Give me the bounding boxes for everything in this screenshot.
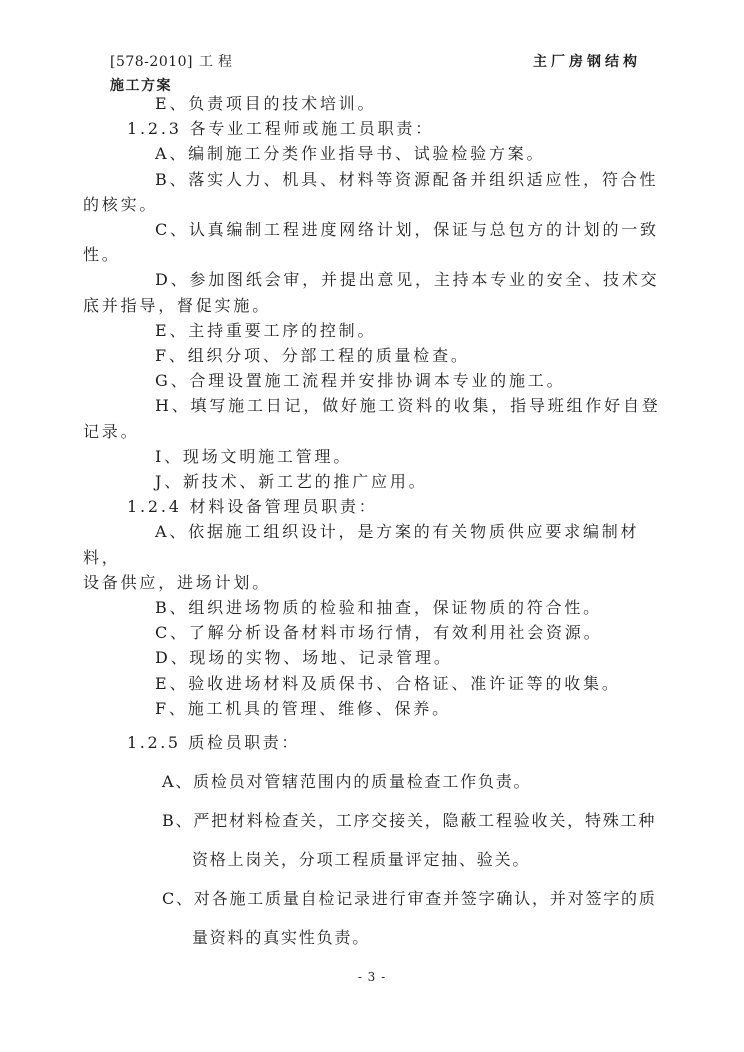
body-paragraph: 1.2.5 质检员职责： bbox=[83, 723, 665, 762]
page-header: [578-2010]工程 主厂房钢结构 施工方案 bbox=[110, 53, 641, 95]
page-footer: - 3 - bbox=[0, 970, 744, 984]
document-body: E、负责项目的技术培训。1.2.3 各专业工程师或施工员职责：A、编制施工分类作… bbox=[83, 91, 665, 957]
body-paragraph: D、参加图纸会审，并提出意见，主持本专业的安全、技术交 底并指导，督促实施。 bbox=[83, 267, 665, 317]
body-paragraph: C、对各施工质量自检记录进行审查并签字确认，并对签字的质 量资料的真实性负责。 bbox=[83, 879, 665, 957]
doc-code: [578-2010] bbox=[110, 54, 193, 70]
body-paragraph: F、施工机具的管理、维修、保养。 bbox=[83, 696, 665, 721]
body-paragraph: I、现场文明施工管理。 bbox=[83, 444, 665, 469]
doc-title-left: [578-2010]工程 bbox=[110, 53, 237, 71]
body-paragraph: C、了解分析设备材料市场行情，有效利用社会资源。 bbox=[83, 620, 665, 645]
body-paragraph: E、主持重要工序的控制。 bbox=[83, 318, 665, 343]
document-page: [578-2010]工程 主厂房钢结构 施工方案 E、负责项目的技术培训。1.2… bbox=[0, 0, 744, 1052]
body-paragraph: J、新技术、新工艺的推广应用。 bbox=[83, 469, 665, 494]
header-line-1: [578-2010]工程 主厂房钢结构 bbox=[110, 53, 641, 71]
body-paragraph: A、依据施工组织设计，是方案的有关物质供应要求编制材料， 设备供应，进场计划。 bbox=[83, 519, 665, 595]
body-paragraph: H、填写施工日记，做好施工资料的收集，指导班组作好自登 记录。 bbox=[83, 393, 665, 443]
body-paragraph: A、编制施工分类作业指导书、试验检验方案。 bbox=[83, 141, 665, 166]
body-paragraph: 1.2.3 各专业工程师或施工员职责： bbox=[83, 116, 665, 141]
body-paragraph: B、落实人力、机具、材料等资源配备并组织适应性，符合性 的核实。 bbox=[83, 167, 665, 217]
body-paragraph: E、验收进场材料及质保书、合格证、准许证等的收集。 bbox=[83, 671, 665, 696]
body-paragraph: B、组织进场物质的检验和抽查，保证物质的符合性。 bbox=[83, 595, 665, 620]
page-number: - 3 - bbox=[358, 970, 386, 984]
doc-title-right: 主厂房钢结构 bbox=[533, 53, 641, 71]
body-paragraph: A、质检员对管辖范围内的质量检查工作负责。 bbox=[83, 762, 665, 801]
body-paragraph: B、严把材料检查关，工序交接关，隐蔽工程验收关，特殊工种 资格上岗关，分项工程质… bbox=[83, 801, 665, 879]
body-paragraph: D、现场的实物、场地、记录管理。 bbox=[83, 645, 665, 670]
doc-code-suffix: 工程 bbox=[199, 54, 237, 70]
body-paragraph: E、负责项目的技术培训。 bbox=[83, 91, 665, 116]
body-paragraph: G、合理设置施工流程并安排协调本专业的施工。 bbox=[83, 368, 665, 393]
body-paragraph: C、认真编制工程进度网络计划，保证与总包方的计划的一致 性。 bbox=[83, 217, 665, 267]
body-paragraph: F、组织分项、分部工程的质量检查。 bbox=[83, 343, 665, 368]
body-paragraph: 1.2.4 材料设备管理员职责： bbox=[83, 494, 665, 519]
